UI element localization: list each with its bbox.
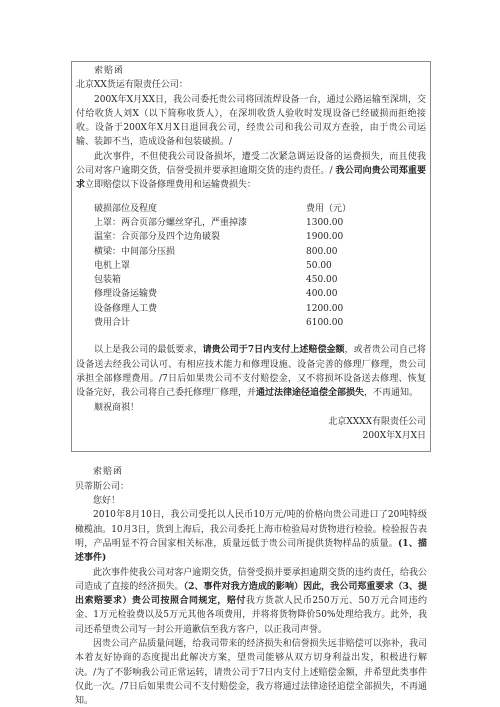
text-segment: 因贵公司产品质量问题，给我司带来的经济损失和信誉损失远非赔偿可以弥补，我司本着友… — [75, 639, 427, 706]
bold-text-segment: 通过法律途径追偿全部损失 — [256, 388, 364, 398]
fee-table-header-row: 破损部位及程度 费用（元） — [94, 202, 426, 216]
fee-table-header-fee: 费用（元） — [306, 202, 351, 216]
fee-amount: 800.00 — [306, 245, 338, 259]
letter2-greeting: 您好！ — [75, 494, 427, 508]
fee-table-row: 横梁：中间部分压损800.00 — [94, 245, 426, 259]
fee-amount: 1300.00 — [306, 216, 343, 230]
damage-description: 横梁：中间部分压损 — [94, 245, 175, 259]
damage-description: 包装箱 — [94, 273, 121, 287]
letter1-date: 200X年X月X日 — [76, 429, 426, 443]
fee-table-row: 费用合计6100.00 — [94, 316, 426, 330]
fee-amount: 1900.00 — [306, 230, 343, 244]
damage-description: 修理设备运输费 — [94, 287, 157, 301]
fee-amount: 50.00 — [306, 259, 332, 273]
claim-letter-1: 索赔函 北京XX货运有限责任公司： 200X年X月XX日，我公司委托贵公司将回流… — [71, 61, 431, 452]
text-segment: 以上是我公司的最低要求， — [94, 345, 203, 355]
letter2-salutation: 贝蒂斯公司： — [75, 480, 427, 494]
document-page: 索赔函 北京XX货运有限责任公司： 200X年X月XX日，我公司委托贵公司将回流… — [0, 0, 500, 707]
letter1-signature: 北京XXXX有限责任公司 — [76, 415, 426, 429]
fee-amount: 1200.00 — [306, 302, 343, 316]
letter1-well-wish: 顺祝商祺！ — [76, 401, 426, 415]
document-content: 索赔函 北京XX货运有限责任公司： 200X年X月XX日，我公司委托贵公司将回流… — [71, 61, 431, 707]
fee-table-row: 上罩：两合页部分螺丝穿孔，严重掉漆1300.00 — [94, 216, 426, 230]
damage-description: 电机上罩 — [94, 259, 130, 273]
fee-table-row: 温室：合页部分及四个边角破裂1900.00 — [94, 230, 426, 244]
damage-description: 上罩：两合页部分螺丝穿孔，严重掉漆 — [94, 216, 247, 230]
fee-table-row: 电机上罩50.00 — [94, 259, 426, 273]
letter1-title: 索赔函 — [76, 64, 426, 78]
text-segment: 立即赔偿以下设备修理费用和运输费损失： — [85, 180, 256, 190]
text-segment: 200X年X月XX日，我公司委托贵公司将回流焊设备一台，通过公路运输至深圳，交付… — [76, 95, 426, 148]
letter2-title: 索赔函 — [75, 465, 427, 479]
fee-amount: 450.00 — [306, 273, 338, 287]
letter2-paragraph-claim: 此次事件使我公司对客户逾期交货，信誉受损并要承担逾期交货的违约责任，给我公司造成… — [75, 566, 427, 637]
letter1-paragraph-impact: 此次事件，不但使我公司设备损坏，遭受二次紧急调运设备的运费损失，而且使我公司对客… — [76, 150, 426, 193]
fee-table-row: 包装箱450.00 — [94, 273, 426, 287]
fee-table-body: 上罩：两合页部分螺丝穿孔，严重掉漆1300.00温室：合页部分及四个边角破裂19… — [94, 216, 426, 330]
letter2-paragraph-resolution: 因贵公司产品质量问题，给我司带来的经济损失和信誉损失远非赔偿可以弥补，我司本着友… — [75, 637, 427, 707]
damage-description: 设备修理人工费 — [94, 302, 157, 316]
text-segment: 2010年8月10日，我公司受托以人民币10万元/吨的价格向贵公司进口了20吨特… — [75, 510, 427, 549]
damage-fee-table: 破损部位及程度 费用（元） 上罩：两合页部分螺丝穿孔，严重掉漆1300.00温室… — [94, 202, 426, 331]
fee-table-row: 修理设备运输费400.00 — [94, 287, 426, 301]
letter2-paragraph-incident: 2010年8月10日，我公司受托以人民币10万元/吨的价格向贵公司进口了20吨特… — [75, 508, 427, 565]
bold-text-segment: 请贵公司于7日内支付上述赔偿金额 — [203, 345, 345, 355]
letter1-salutation: 北京XX货运有限责任公司： — [76, 78, 426, 92]
claim-letter-2: 索赔函 贝蒂斯公司： 您好！ 2010年8月10日，我公司受托以人民币10万元/… — [71, 465, 431, 707]
fee-amount: 6100.00 — [306, 316, 343, 330]
damage-description: 温室：合页部分及四个边角破裂 — [94, 230, 220, 244]
damage-description: 费用合计 — [94, 316, 130, 330]
fee-amount: 400.00 — [306, 287, 338, 301]
letter1-paragraph-incident: 200X年X月XX日，我公司委托贵公司将回流焊设备一台，通过公路运输至深圳，交付… — [76, 93, 426, 150]
letter1-paragraph-demand: 以上是我公司的最低要求，请贵公司于7日内支付上述赔偿金额，或者贵公司自己将设备送… — [76, 343, 426, 400]
text-segment: ，不再通知。 — [364, 388, 418, 398]
fee-table-header-item: 破损部位及程度 — [94, 202, 157, 216]
fee-table-row: 设备修理人工费1200.00 — [94, 302, 426, 316]
